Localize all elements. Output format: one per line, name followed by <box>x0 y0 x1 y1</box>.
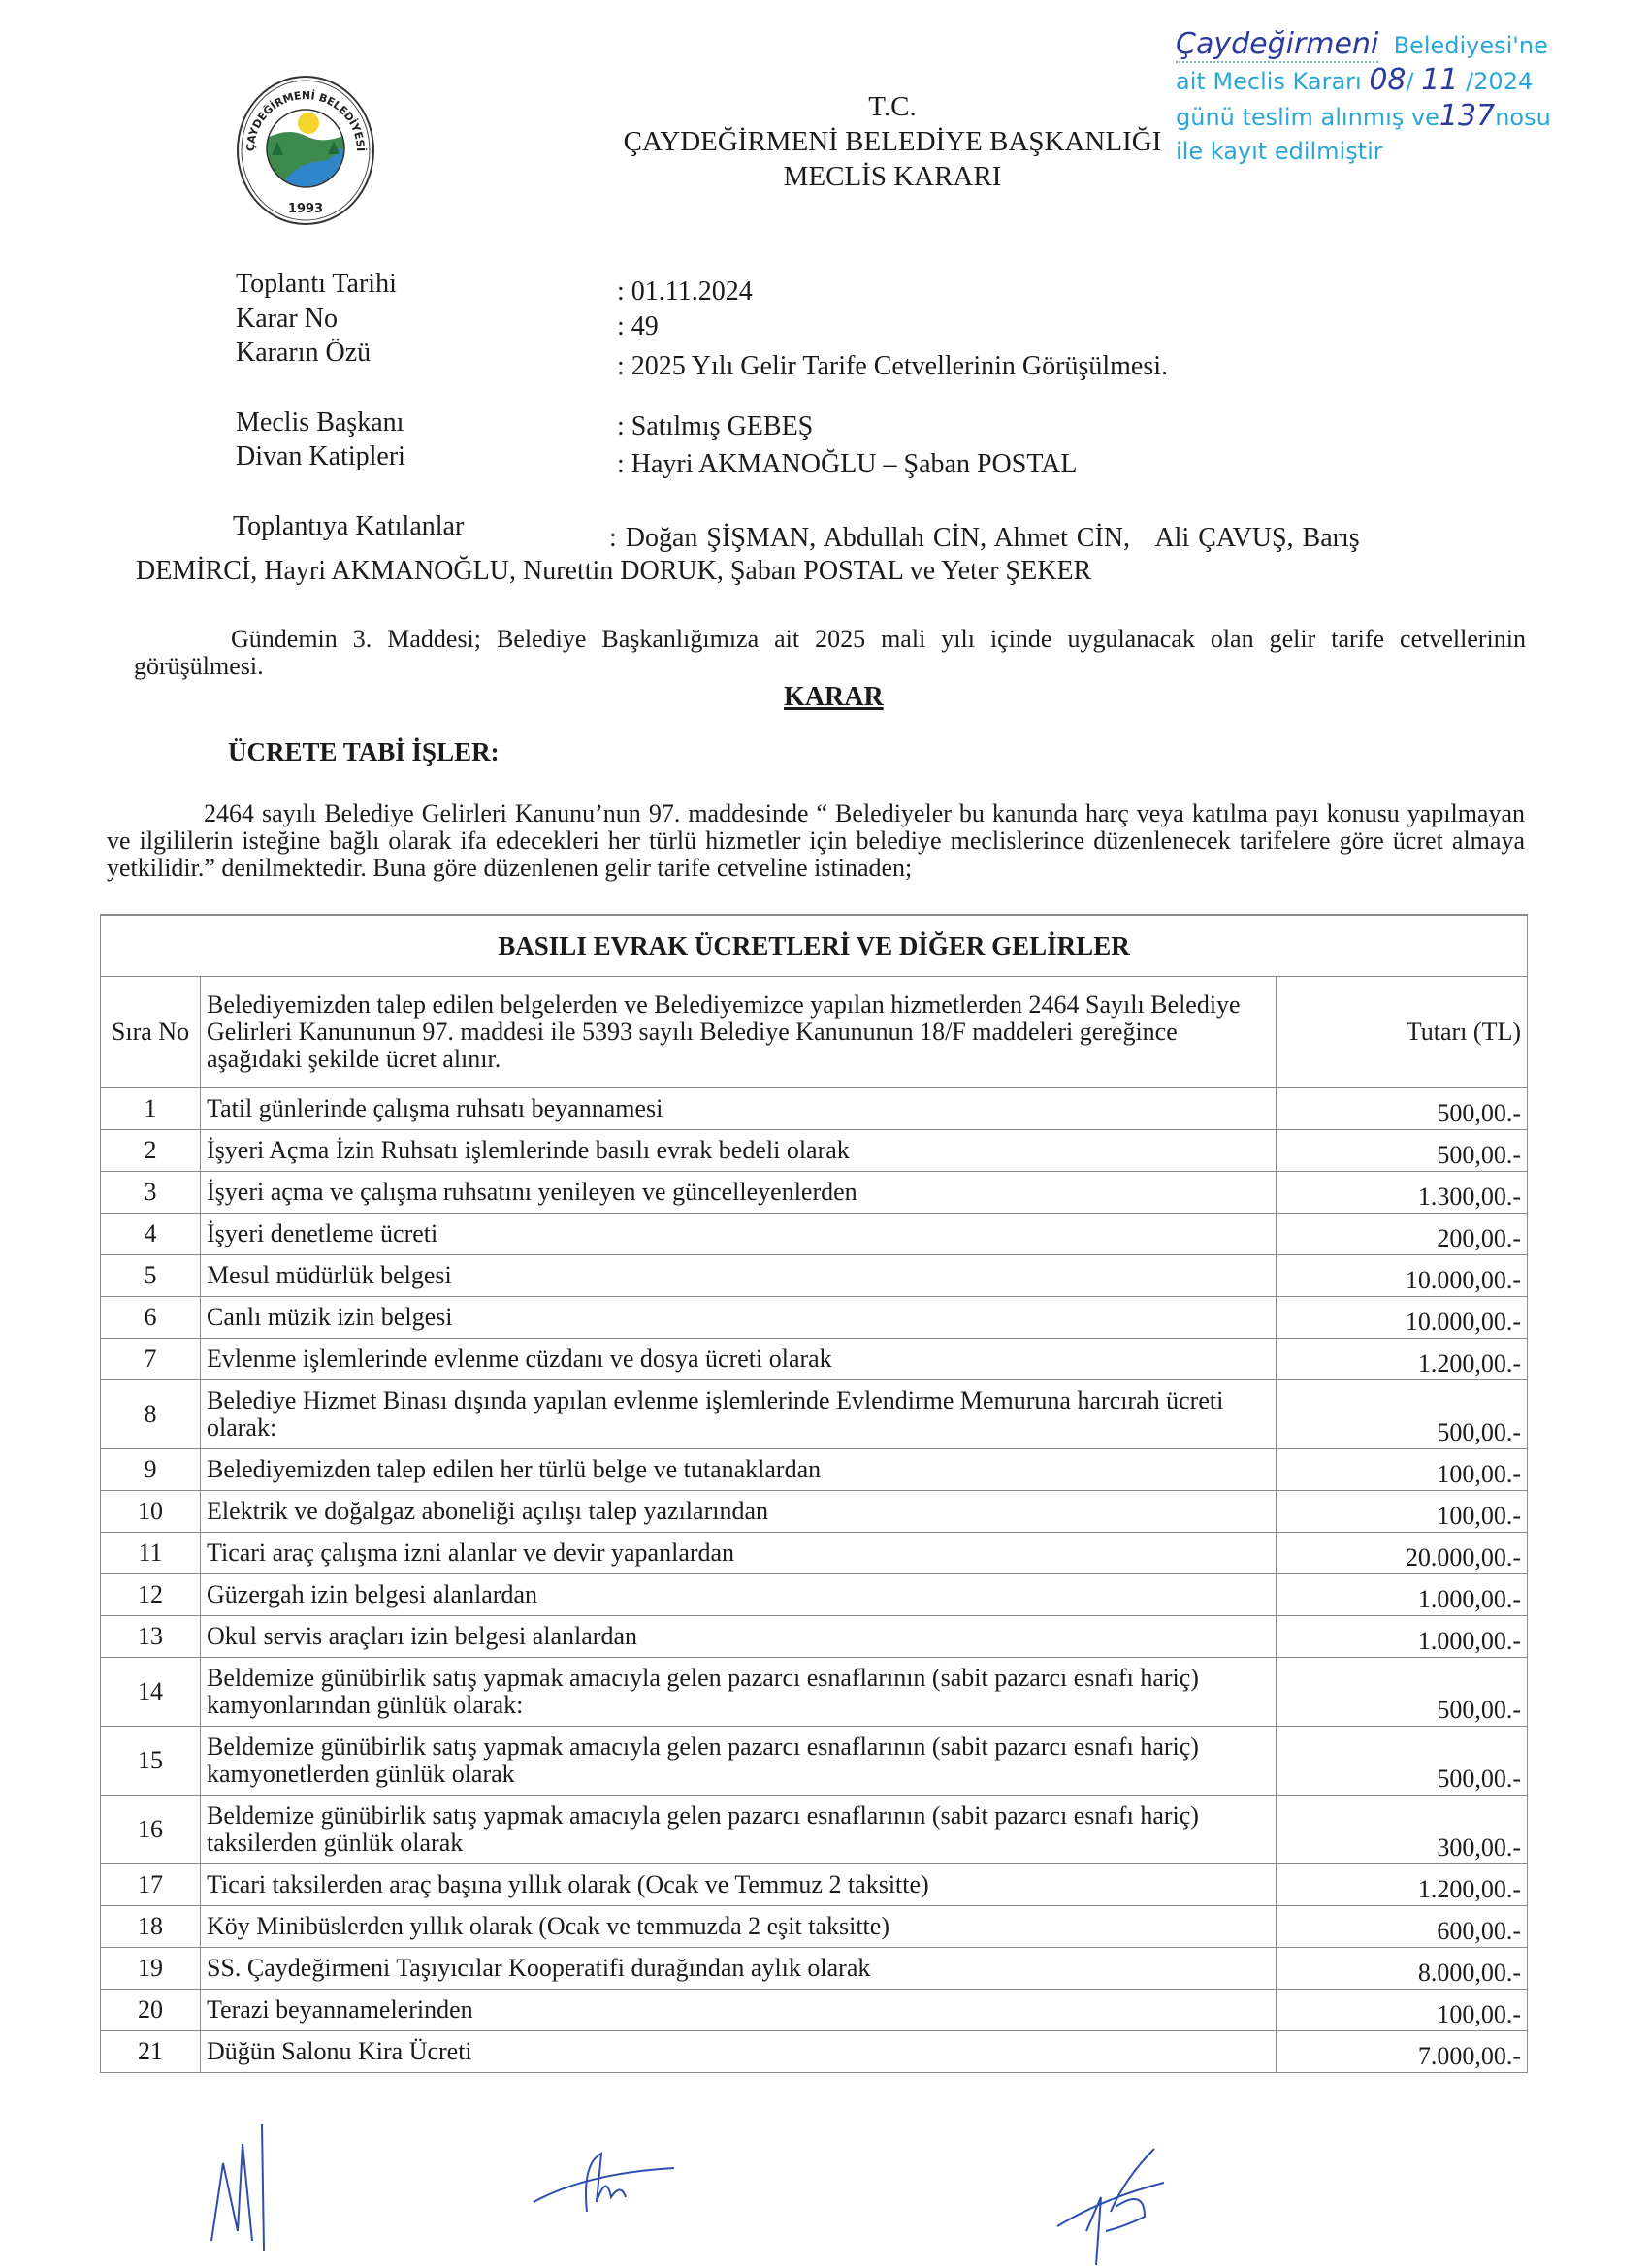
row-amount: 100,00.- <box>1277 1491 1528 1533</box>
row-amount: 100,00.- <box>1277 1990 1528 2031</box>
attendees-line2: DEMİRCİ, Hayri AKMANOĞLU, Nurettin DORUK… <box>136 555 1091 587</box>
table-row: 21Düğün Salonu Kira Ücreti7.000,00.- <box>101 2031 1528 2073</box>
stamp-handwritten-name: Çaydeğirmeni <box>1176 27 1378 63</box>
row-no: 5 <box>101 1255 201 1297</box>
table-row: 17Ticari taksilerden araç başına yıllık … <box>101 1864 1528 1906</box>
row-description: İşyeri denetleme ücreti <box>201 1214 1277 1255</box>
row-amount: 20.000,00.- <box>1277 1533 1528 1574</box>
table-title: BASILI EVRAK ÜCRETLERİ VE DİĞER GELİRLER <box>101 915 1528 977</box>
table-row: 4İşyeri denetleme ücreti200,00.- <box>101 1214 1528 1255</box>
table-row: 16Beldemize günübirlik satış yapmak amac… <box>101 1796 1528 1864</box>
row-no: 2 <box>101 1130 201 1172</box>
row-amount: 300,00.- <box>1277 1796 1528 1864</box>
row-no: 6 <box>101 1297 201 1339</box>
row-description: Güzergah izin belgesi alanlardan <box>201 1574 1277 1616</box>
municipality-seal-icon: ÇAYDEĞİRMENİ BELEDİYESİ 1993 <box>233 73 378 228</box>
summary-label: Kararın Özü <box>236 337 371 369</box>
stamp-date-day: 08 <box>1369 63 1406 97</box>
meeting-date-value: : 01.11.2024 <box>617 275 753 308</box>
row-amount: 1.000,00.- <box>1277 1574 1528 1616</box>
row-amount: 10.000,00.- <box>1277 1255 1528 1297</box>
table-row: 18Köy Minibüslerden yıllık olarak (Ocak … <box>101 1906 1528 1948</box>
row-no: 21 <box>101 2031 201 2073</box>
row-amount: 1.300,00.- <box>1277 1172 1528 1214</box>
header-institution: ÇAYDEĞİRMENİ BELEDİYE BAŞKANLIĞI <box>582 124 1203 159</box>
row-no: 18 <box>101 1906 201 1948</box>
attendees-line1: : Doğan ŞİŞMAN, Abdullah CİN, Ahmet CİN,… <box>609 522 1529 554</box>
stamp-date-month: 11 <box>1421 63 1458 97</box>
row-amount: 1.000,00.- <box>1277 1616 1528 1658</box>
summary-value: : 2025 Yılı Gelir Tarife Cetvellerinin G… <box>617 350 1168 382</box>
row-no: 17 <box>101 1864 201 1906</box>
row-amount: 8.000,00.- <box>1277 1948 1528 1990</box>
row-description: SS. Çaydeğirmeni Taşıyıcılar Kooperatifi… <box>201 1948 1277 1990</box>
row-no: 12 <box>101 1574 201 1616</box>
chair-label: Meclis Başkanı <box>236 406 404 438</box>
stamp-reg-no: 137 <box>1439 99 1495 133</box>
clerks-label: Divan Katipleri <box>236 440 405 472</box>
row-description: Köy Minibüslerden yıllık olarak (Ocak ve… <box>201 1906 1277 1948</box>
row-no: 8 <box>101 1380 201 1449</box>
table-header-row: Sıra No Belediyemizden talep edilen belg… <box>101 977 1528 1088</box>
table-row: 12Güzergah izin belgesi alanlardan1.000,… <box>101 1574 1528 1616</box>
row-amount: 500,00.- <box>1277 1727 1528 1796</box>
table-row: 2İşyeri Açma İzin Ruhsatı işlemlerinde b… <box>101 1130 1528 1172</box>
svg-text:1993: 1993 <box>288 202 323 216</box>
row-amount: 200,00.- <box>1277 1214 1528 1255</box>
row-no: 16 <box>101 1796 201 1864</box>
row-no: 11 <box>101 1533 201 1574</box>
row-description: Elektrik ve doğalgaz aboneliği açılışı t… <box>201 1491 1277 1533</box>
stamp-line2: ait Meclis Kararı <box>1176 68 1362 95</box>
row-no: 15 <box>101 1727 201 1796</box>
table-row: 3İşyeri açma ve çalışma ruhsatını yenile… <box>101 1172 1528 1214</box>
table-row: 20Terazi beyannamelerinden100,00.- <box>101 1990 1528 2031</box>
row-amount: 1.200,00.- <box>1277 1339 1528 1380</box>
receipt-stamp: Çaydeğirmeni Belediyesi'ne ait Meclis Ka… <box>1176 27 1593 169</box>
stamp-line4: ile kayıt edilmiştir <box>1176 135 1593 169</box>
header-amount: Tutarı (TL) <box>1277 977 1528 1088</box>
table-row: 9Belediyemizden talep edilen her türlü b… <box>101 1449 1528 1491</box>
law-paragraph: 2464 sayılı Belediye Gelirleri Kanunu’nu… <box>107 800 1525 882</box>
row-description: Belediyemizden talep edilen her türlü be… <box>201 1449 1277 1491</box>
row-description: Evlenme işlemlerinde evlenme cüzdanı ve … <box>201 1339 1277 1380</box>
row-description: Okul servis araçları izin belgesi alanla… <box>201 1616 1277 1658</box>
row-description: Belediye Hizmet Binası dışında yapılan e… <box>201 1380 1277 1449</box>
row-no: 13 <box>101 1616 201 1658</box>
row-no: 20 <box>101 1990 201 2031</box>
agenda-paragraph: Gündemin 3. Maddesi; Belediye Başkanlığı… <box>134 626 1526 680</box>
signature-1-icon <box>204 2124 291 2251</box>
header-desc: Belediyemizden talep edilen belgelerden … <box>201 977 1277 1088</box>
row-description: Tatil günlerinde çalışma ruhsatı beyanna… <box>201 1088 1277 1130</box>
table-row: 1Tatil günlerinde çalışma ruhsatı beyann… <box>101 1088 1528 1130</box>
table-row: 13Okul servis araçları izin belgesi alan… <box>101 1616 1528 1658</box>
table-row: 19SS. Çaydeğirmeni Taşıyıcılar Kooperati… <box>101 1948 1528 1990</box>
row-description: Beldemize günübirlik satış yapmak amacıy… <box>201 1796 1277 1864</box>
attendees-label: Toplantıya Katılanlar <box>233 510 464 542</box>
row-amount: 600,00.- <box>1277 1906 1528 1948</box>
table-row: 15Beldemize günübirlik satış yapmak amac… <box>101 1727 1528 1796</box>
row-no: 1 <box>101 1088 201 1130</box>
table-row: 8Belediye Hizmet Binası dışında yapılan … <box>101 1380 1528 1449</box>
row-description: Düğün Salonu Kira Ücreti <box>201 2031 1277 2073</box>
row-description: Canlı müzik izin belgesi <box>201 1297 1277 1339</box>
row-no: 9 <box>101 1449 201 1491</box>
stamp-line3-suffix: nosu <box>1495 104 1551 131</box>
stamp-line3: günü teslim alınmış ve <box>1176 104 1439 131</box>
signature-2-icon <box>529 2144 684 2231</box>
table-row: 14Beldemize günübirlik satış yapmak amac… <box>101 1658 1528 1727</box>
row-amount: 500,00.- <box>1277 1380 1528 1449</box>
row-description: Mesul müdürlük belgesi <box>201 1255 1277 1297</box>
row-amount: 500,00.- <box>1277 1658 1528 1727</box>
row-description: Beldemize günübirlik satış yapmak amacıy… <box>201 1727 1277 1796</box>
row-description: İşyeri açma ve çalışma ruhsatını yeniley… <box>201 1172 1277 1214</box>
signature-3-icon <box>1048 2139 1174 2265</box>
stamp-date-year: /2024 <box>1466 68 1533 95</box>
row-description: İşyeri Açma İzin Ruhsatı işlemlerinde ba… <box>201 1130 1277 1172</box>
table-row: 7Evlenme işlemlerinde evlenme cüzdanı ve… <box>101 1339 1528 1380</box>
row-amount: 500,00.- <box>1277 1130 1528 1172</box>
row-amount: 500,00.- <box>1277 1088 1528 1130</box>
karar-heading: KARAR <box>784 682 884 713</box>
table-row: 5Mesul müdürlük belgesi10.000,00.- <box>101 1255 1528 1297</box>
table-row: 10Elektrik ve doğalgaz aboneliği açılışı… <box>101 1491 1528 1533</box>
row-description: Ticari araç çalışma izni alanlar ve devi… <box>201 1533 1277 1574</box>
chair-value: : Satılmış GEBEŞ <box>617 410 813 442</box>
decision-no-value: : 49 <box>617 310 659 342</box>
section-heading: ÜCRETE TABİ İŞLER: <box>228 737 500 767</box>
meeting-date-label: Toplantı Tarihi <box>236 268 397 300</box>
row-description: Beldemize günübirlik satış yapmak amacıy… <box>201 1658 1277 1727</box>
row-amount: 1.200,00.- <box>1277 1864 1528 1906</box>
row-no: 19 <box>101 1948 201 1990</box>
row-no: 3 <box>101 1172 201 1214</box>
decision-no-label: Karar No <box>236 303 338 335</box>
table-row: 6Canlı müzik izin belgesi10.000,00.- <box>101 1297 1528 1339</box>
row-no: 10 <box>101 1491 201 1533</box>
row-no: 4 <box>101 1214 201 1255</box>
row-description: Terazi beyannamelerinden <box>201 1990 1277 2031</box>
row-description: Ticari taksilerden araç başına yıllık ol… <box>201 1864 1277 1906</box>
header-doc-type: MECLİS KARARI <box>582 159 1203 194</box>
header-tc: T.C. <box>582 89 1203 124</box>
stamp-line1: Belediyesi'ne <box>1394 32 1548 59</box>
table-row: 11Ticari araç çalışma izni alanlar ve de… <box>101 1533 1528 1574</box>
row-amount: 7.000,00.- <box>1277 2031 1528 2073</box>
municipality-logo: ÇAYDEĞİRMENİ BELEDİYESİ 1993 <box>233 73 378 228</box>
clerks-value: : Hayri AKMANOĞLU – Şaban POSTAL <box>617 448 1078 480</box>
row-no: 7 <box>101 1339 201 1380</box>
row-amount: 10.000,00.- <box>1277 1297 1528 1339</box>
header-no: Sıra No <box>101 977 201 1088</box>
document-header: T.C. ÇAYDEĞİRMENİ BELEDİYE BAŞKANLIĞI ME… <box>582 89 1203 194</box>
tariff-table: BASILI EVRAK ÜCRETLERİ VE DİĞER GELİRLER… <box>100 914 1528 2073</box>
row-no: 14 <box>101 1658 201 1727</box>
row-amount: 100,00.- <box>1277 1449 1528 1491</box>
